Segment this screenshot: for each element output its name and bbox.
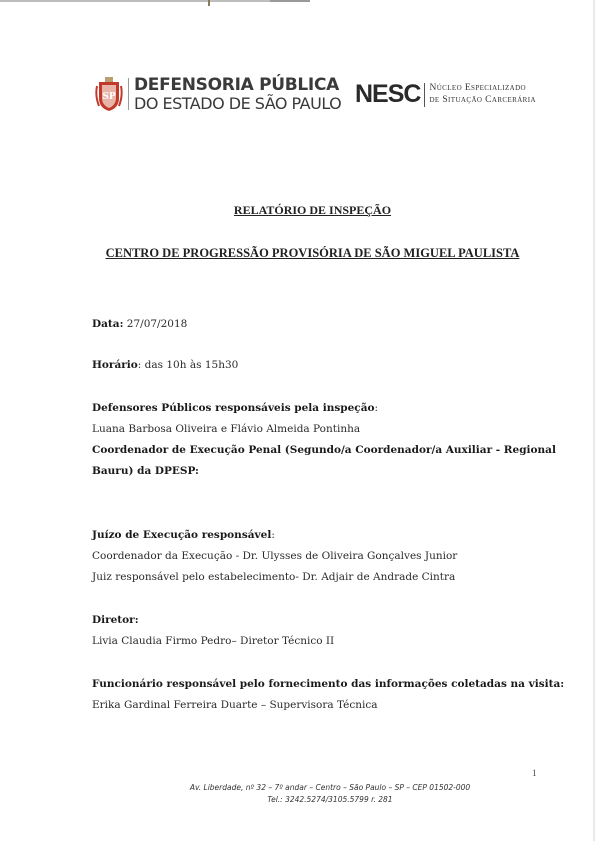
nesc-logo: NESC Núcleo Especializado de Situação Ca…	[355, 82, 536, 107]
nesc-mark: NESC	[355, 82, 420, 107]
time-field: Horário: das 10h às 15h30	[92, 359, 238, 371]
sao-paulo-crest-icon: SP	[95, 76, 123, 112]
document-title: RELATÓRIO DE INSPEÇÃO	[15, 203, 595, 218]
footer-address: Av. Liberdade, nº 32 – 7º andar – Centro…	[0, 783, 595, 792]
coordenador-label-line1: Coordenador de Execução Penal (Segundo/a…	[92, 444, 556, 456]
coordenador-label-line2: Bauru) da DPESP:	[92, 465, 199, 477]
page-number: 1	[532, 768, 537, 778]
time-value: : das 10h às 15h30	[138, 359, 239, 371]
scan-staple-mark	[208, 0, 210, 6]
defensoria-logo: SP DEFENSORIA PÚBLICA DO ESTADO DE SÃO P…	[95, 76, 341, 112]
juizo-label: Juízo de Execução responsável:	[92, 529, 275, 541]
nesc-divider	[424, 83, 425, 107]
juizo-line-coordenador: Coordenador da Execução - Dr. Ulysses de…	[92, 550, 457, 562]
defensores-label: Defensores Públicos responsáveis pela in…	[92, 402, 378, 414]
scan-edge-top-dark	[270, 0, 310, 2]
juizo-line-juiz: Juiz responsável pelo estabelecimento- D…	[92, 571, 455, 583]
defensoria-name: DEFENSORIA PÚBLICA	[134, 77, 341, 94]
footer-phone: Tel.: 3242.5274/3105.5799 r. 281	[0, 795, 595, 804]
time-label: Horário	[92, 359, 138, 371]
date-label: Data:	[92, 318, 123, 330]
document-subtitle: CENTRO DE PROGRESSÃO PROVISÓRIA DE SÃO M…	[15, 246, 595, 261]
date-value: 27/07/2018	[123, 318, 187, 330]
funcionario-label: Funcionário responsável pelo forneciment…	[92, 678, 564, 690]
date-field: Data: 27/07/2018	[92, 318, 187, 330]
scan-edge-top	[0, 0, 310, 2]
nesc-line2: de Situação Carcerária	[429, 95, 535, 107]
diretor-label: Diretor:	[92, 614, 139, 626]
diretor-value: Livia Claudia Firmo Pedro– Diretor Técni…	[92, 635, 334, 647]
logo-divider	[128, 78, 129, 110]
funcionario-value: Erika Gardinal Ferreira Duarte – Supervi…	[92, 699, 378, 711]
defensores-value: Luana Barbosa Oliveira e Flávio Almeida …	[92, 423, 360, 435]
nesc-line1: Núcleo Especializado	[429, 83, 535, 95]
svg-text:SP: SP	[102, 92, 115, 102]
defensoria-subname: DO ESTADO DE SÃO PAULO	[134, 96, 341, 112]
